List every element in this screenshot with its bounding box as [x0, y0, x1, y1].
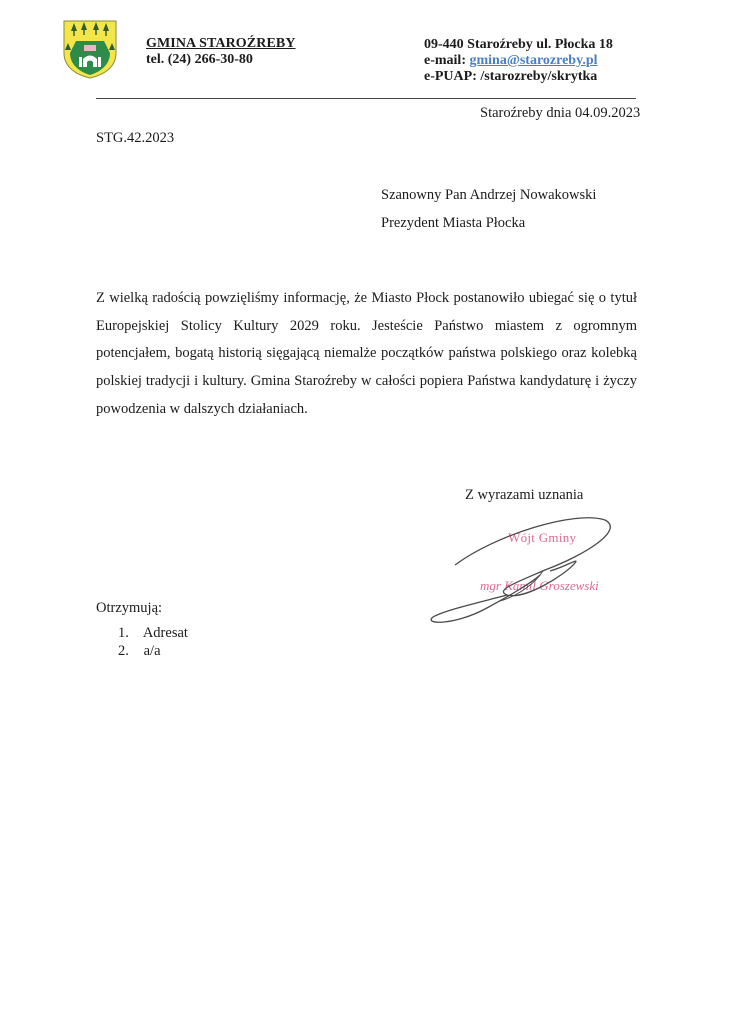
email-link[interactable]: gmina@starozreby.pl [469, 53, 597, 68]
coat-of-arms-icon [62, 19, 118, 79]
list-number: 1. [118, 624, 140, 642]
handwritten-signature-icon [425, 505, 635, 635]
reference-number: STG.42.2023 [96, 130, 174, 147]
organization-epuap: e-PUAP: /starozreby/skrytka [424, 69, 597, 85]
list-number: 2. [118, 642, 140, 660]
closing-phrase: Z wyrazami uznania [465, 487, 583, 504]
organization-email-line: e-mail: gmina@starozreby.pl [424, 53, 598, 69]
email-label: e-mail: [424, 53, 466, 68]
letter-date: Staroźreby dnia 04.09.2023 [480, 105, 640, 122]
list-text: Adresat [143, 625, 188, 641]
list-text: a/a [144, 643, 161, 659]
organization-name: GMINA STAROŹREBY [146, 36, 296, 52]
header-divider [96, 98, 636, 99]
organization-address: 09-440 Staroźreby ul. Płocka 18 [424, 37, 613, 53]
organization-phone: tel. (24) 266-30-80 [146, 52, 253, 68]
list-item: 2. a/a [118, 642, 188, 660]
recipient-name: Szanowny Pan Andrzej Nowakowski [381, 187, 596, 204]
letter-body: Z wielką radością powzięliśmy informację… [96, 285, 637, 424]
list-item: 1. Adresat [118, 624, 188, 642]
copies-list: 1. Adresat 2. a/a [118, 624, 188, 660]
copies-label: Otrzymują: [96, 600, 162, 617]
recipient-position: Prezydent Miasta Płocka [381, 215, 525, 232]
